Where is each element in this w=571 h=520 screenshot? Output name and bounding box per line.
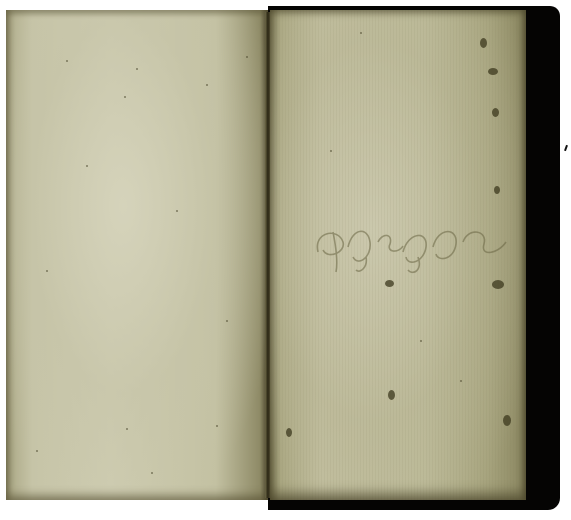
faint-handwritten-inscription [308, 212, 518, 282]
book-photograph [0, 0, 571, 520]
left-page [6, 10, 268, 500]
edge-mark [564, 145, 568, 151]
